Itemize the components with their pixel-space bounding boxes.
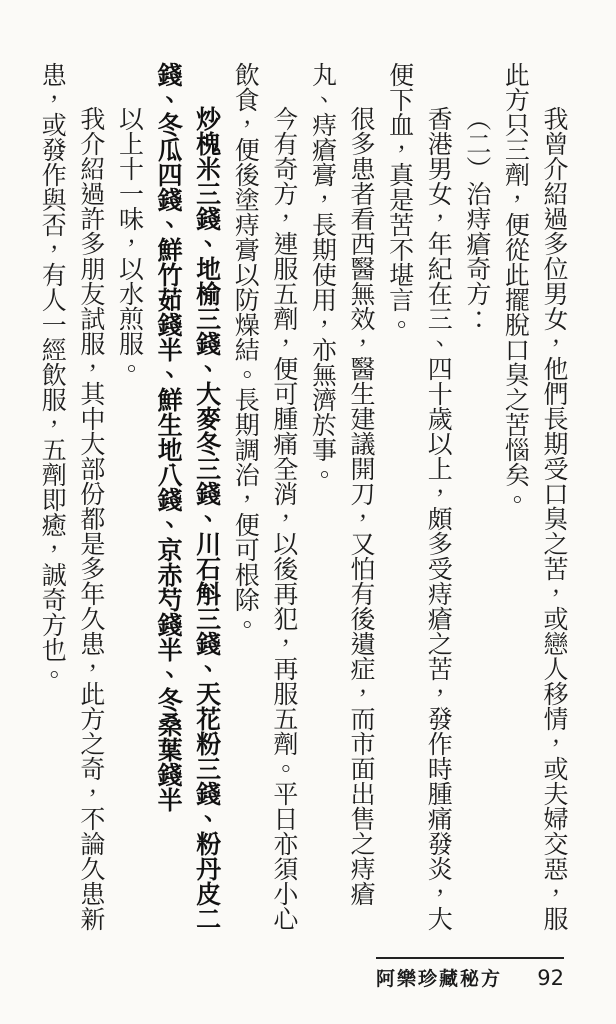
book-page: { "page": { "language": "zh-Hant", "writ… (0, 0, 616, 1024)
footer-book-title: 阿樂珍藏秘方 (376, 964, 502, 991)
section-heading-hemorrhoid-remedy: （二）治痔瘡奇方： (456, 62, 495, 952)
paragraph-remedy-instructions: 今有奇方，連服五劑，便可腫痛全消，以後再犯，再服五劑。平日亦須小心飲食，便後塗痔… (225, 62, 302, 952)
paragraph-decoction-note: 以上十一味，以水煎服。 (109, 62, 148, 952)
body-text: 我曾介紹過多位男女，他們長期受口臭之苦，或戀人移情，或夫婦交惡，服此方只三劑，便… (31, 62, 572, 952)
paragraph-western-medicine-ineffective: 很多患者看西醫無效，醫生建議開刀，又怕有後遺症，而市面出售之痔瘡丸、痔瘡膏，長期… (302, 62, 379, 952)
paragraph-prescription-ingredients: 炒槐米三錢、地榆三錢、大麥冬三錢、川石斛三錢、天花粉三錢、粉丹皮二錢、冬瓜四錢、… (147, 62, 224, 952)
footer-page-number: 92 (537, 966, 564, 990)
page-background: 我曾介紹過多位男女，他們長期受口臭之苦，或戀人移情，或夫婦交惡，服此方只三劑，便… (0, 0, 616, 1024)
paragraph-testimonial: 我介紹過許多朋友試服，其中大部份都是多年久患，此方之奇，不論久患新患，或發作與否… (32, 62, 109, 952)
paragraph-hemorrhoid-sufferers: 香港男女，年紀在三、四十歲以上，頗多受痔瘡之苦，發作時腫痛發炎，大便下血，真是苦… (379, 62, 456, 952)
page-footer: 阿樂珍藏秘方 92 (376, 957, 564, 991)
paragraph-mouth-odor-conclusion: 我曾介紹過多位男女，他們長期受口臭之苦，或戀人移情，或夫婦交惡，服此方只三劑，便… (495, 62, 572, 952)
